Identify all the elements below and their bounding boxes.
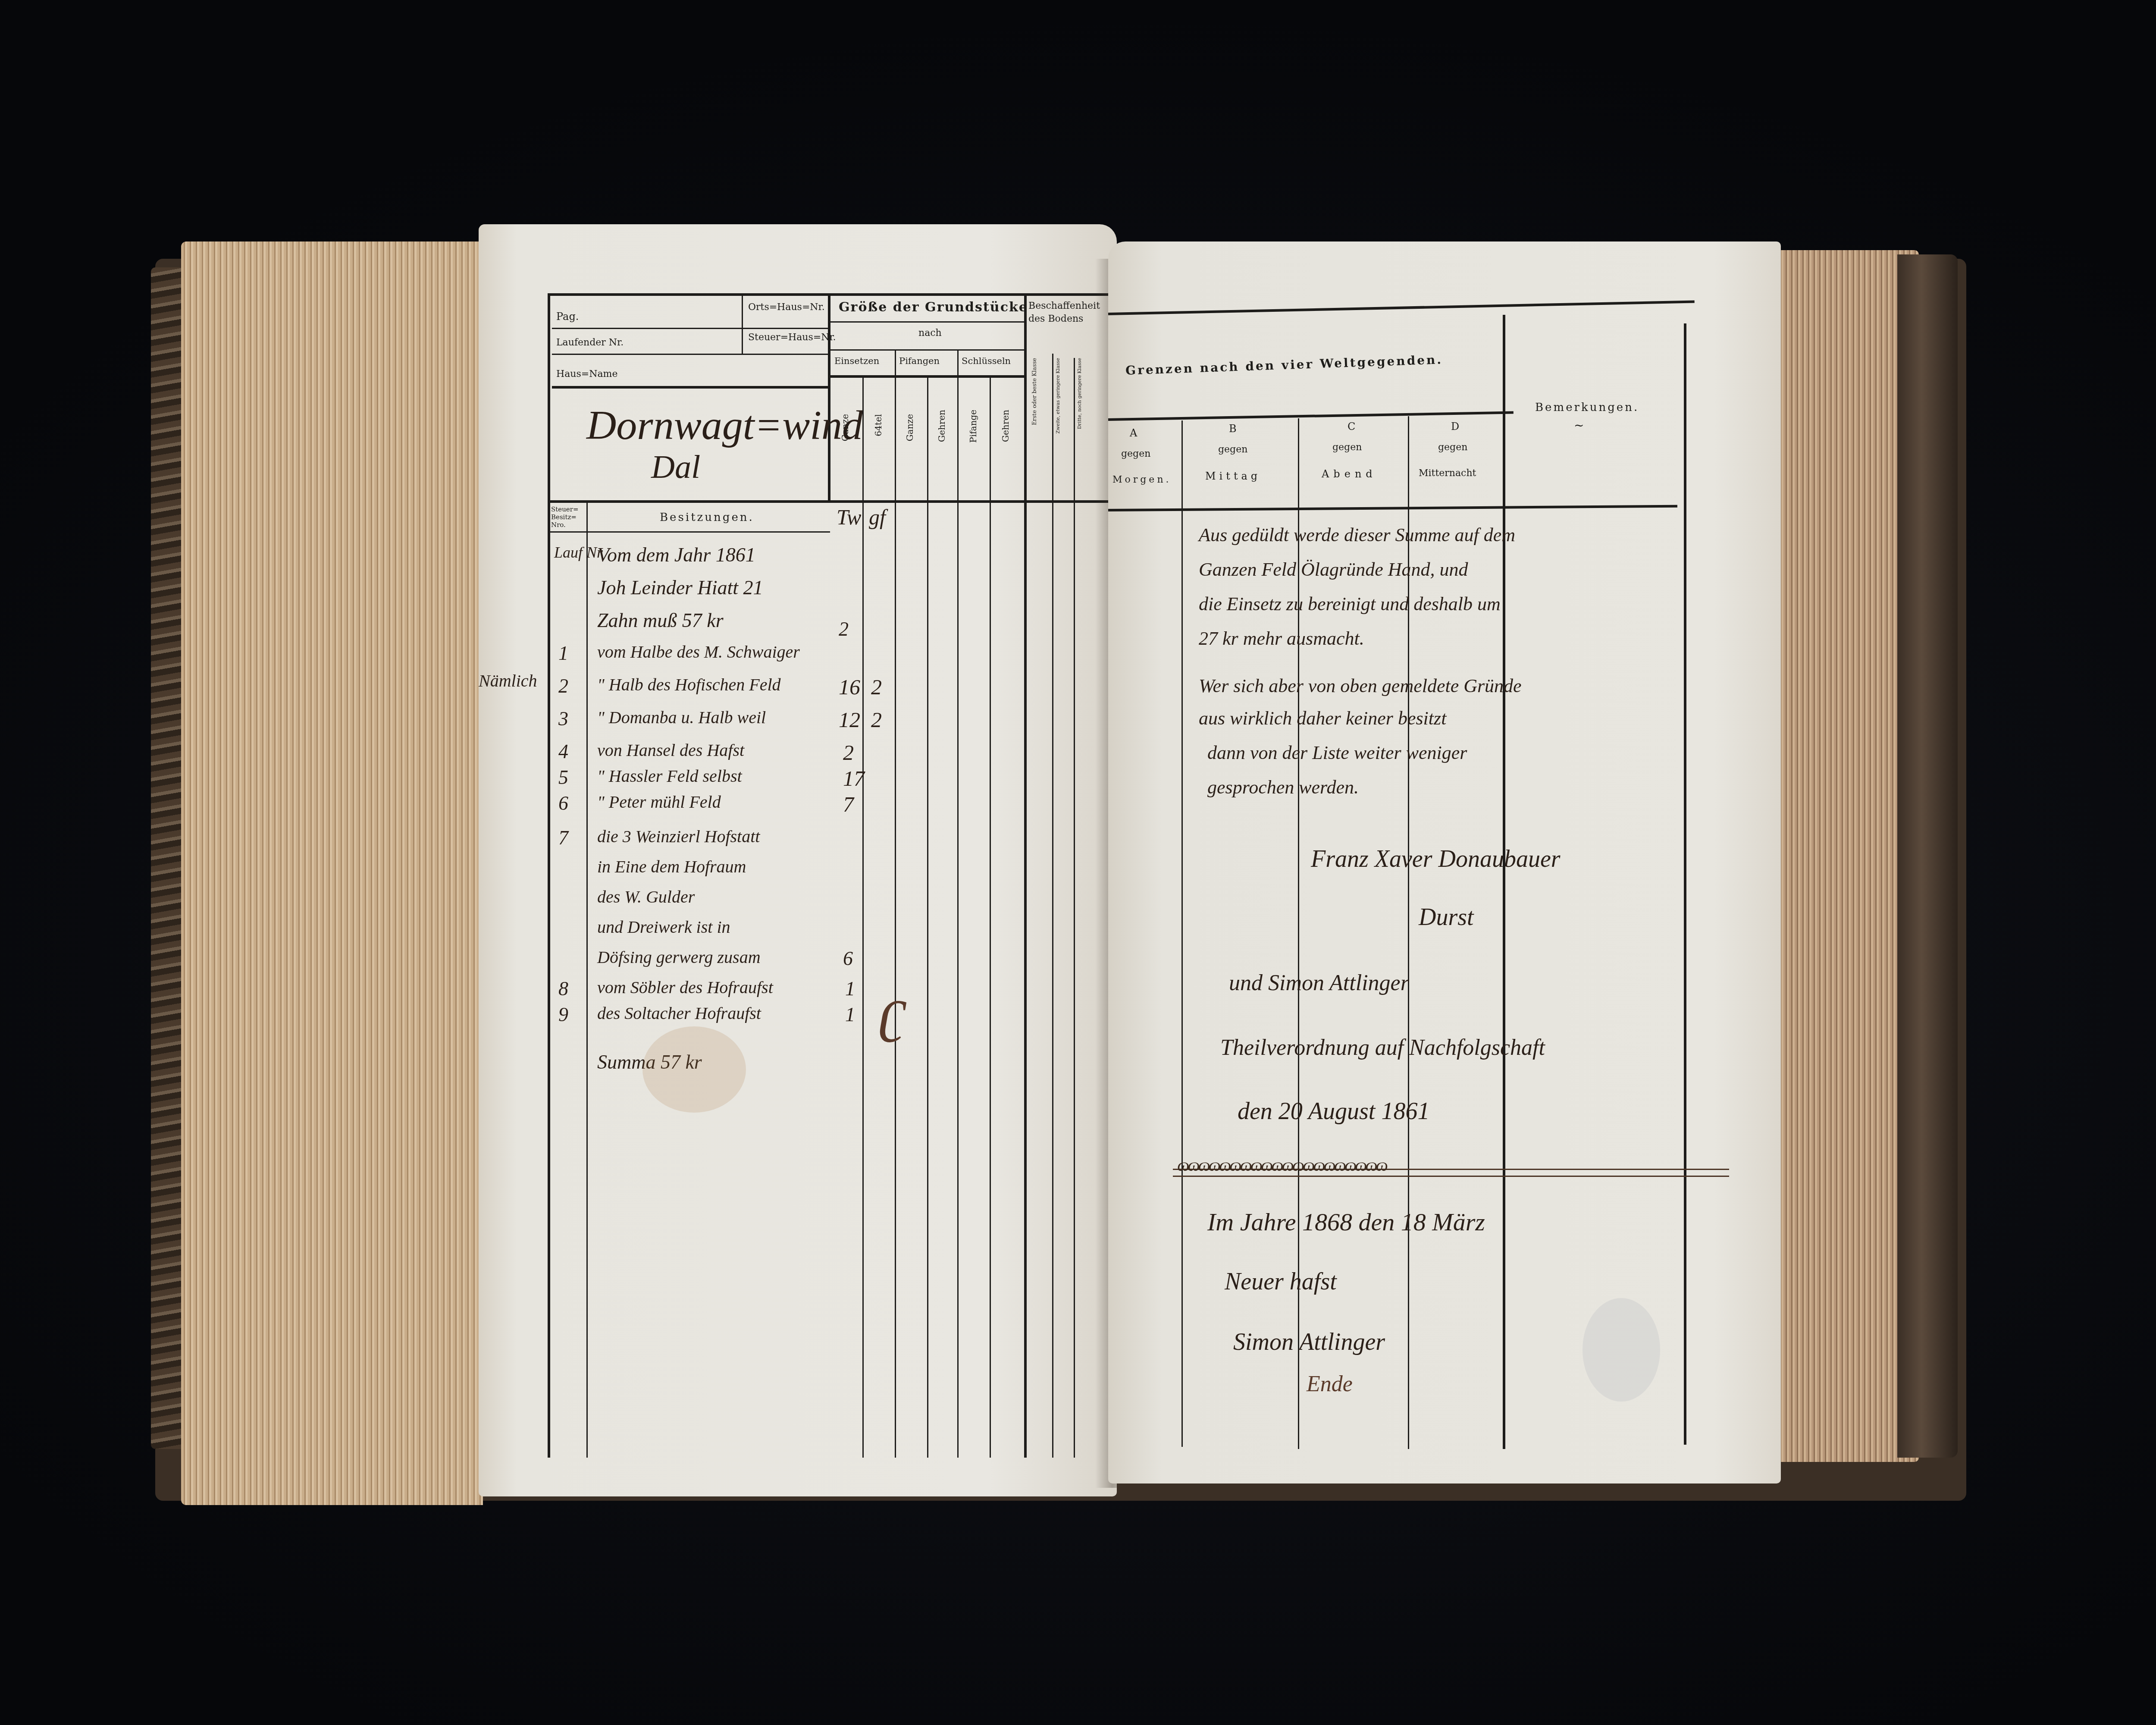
laufender-label: Laufender Nr.: [556, 337, 624, 348]
remark-line: die Einsetz zu bereinigt und deshalb um: [1199, 593, 1501, 615]
table-row: 4 von Hansel des Hafst 2: [550, 740, 1024, 766]
table-row: und Dreiwerk ist in: [550, 917, 1024, 947]
subcol-ganze-2: Ganze: [905, 414, 915, 441]
row-text: vom Söbler des Hofraufst: [597, 977, 773, 997]
steuer-haus-label: Steuer=Haus=Nr.: [748, 332, 836, 343]
remark-line: aus wirklich daher keiner besitzt: [1199, 707, 1446, 729]
table-row: 7 die 3 Weinzierl Hofstatt: [550, 826, 1024, 856]
table-row: 6 " Peter mühl Feld 7: [550, 792, 1024, 826]
direction-name: Mitternacht: [1419, 468, 1476, 479]
row-nr: 9: [558, 1003, 568, 1026]
klasse-2: Zweite, etwas geringere Klasse: [1055, 358, 1061, 433]
row-text: des W. Gulder: [597, 887, 695, 907]
beschaffenheit-title: Beschaffenheit des Bodens: [1028, 300, 1106, 326]
table-row: in Eine dem Hofraum: [550, 856, 1024, 887]
row-text: " Hassler Feld selbst: [597, 766, 742, 786]
separator-flourish: ɷɷɷɷɷɷɷɷɷɷɷɷɷɷɷɷɷɷɷɷ: [1177, 1155, 1386, 1175]
direction-name: Abend: [1322, 468, 1377, 480]
remark-line: Aus gedüldt werde dieser Summe auf dem: [1199, 524, 1515, 546]
row-nr: 7: [558, 826, 568, 849]
table-row: 1 vom Halbe des M. Schwaiger: [550, 642, 1024, 674]
rule: [552, 386, 828, 389]
besitzungen-list: Lauf Nr Vom dem Jahr 1861 Joh Leinder Hi…: [550, 543, 1024, 1081]
einsetzen-label: Einsetzen: [834, 356, 879, 366]
grenzen-title: Grenzen nach den vier Weltgegenden.: [1125, 352, 1443, 378]
direction-letter: D: [1451, 420, 1459, 433]
rule: [550, 531, 830, 533]
row-value-1: 2: [839, 618, 849, 640]
table-row: Lauf Nr Vom dem Jahr 1861: [550, 543, 1024, 576]
direction-letter: C: [1347, 420, 1355, 433]
direction-name: Mittag: [1205, 470, 1261, 482]
haus-name-label: Haus=Name: [556, 369, 617, 379]
ink-mark: ʗ: [880, 975, 906, 1044]
row-value-1: 1: [845, 977, 855, 1000]
direction-gegen: gegen: [1332, 442, 1362, 453]
rule: [1108, 301, 1695, 315]
table-row: Joh Leinder Hiatt 21: [550, 576, 1024, 609]
bemerkungen-title: Bemerkungen.: [1535, 401, 1639, 414]
cover-right-edge: [1897, 254, 1958, 1458]
row-nr: 6: [558, 792, 568, 815]
rule: [830, 321, 1024, 323]
rule: [1024, 293, 1027, 1458]
rule: [548, 500, 1134, 503]
row-text: " Domanba u. Halb weil: [597, 707, 766, 728]
subcol-pifange: Pifange: [968, 410, 978, 443]
margin-note: Nämlich: [479, 671, 537, 691]
row-text: von Hansel des Hafst: [597, 740, 744, 760]
remark-line: Im Jahre 1868 den 18 März: [1207, 1207, 1485, 1236]
remark-line: Wer sich aber von oben gemeldete Gründe: [1199, 675, 1522, 697]
table-row: 8 vom Söbler des Hofraufst 1: [550, 977, 1024, 1003]
klasse-1: Erste oder beste Klasse: [1031, 358, 1038, 425]
row-value-1: 7: [843, 792, 854, 817]
row-text: die 3 Weinzierl Hofstatt: [597, 826, 760, 847]
signature-name: Durst: [1419, 903, 1474, 931]
haus-name-value-2: Dal: [651, 448, 700, 486]
rule: [552, 354, 828, 355]
row-text: " Peter mühl Feld: [597, 792, 721, 812]
remark-line: 27 kr mehr ausmacht.: [1199, 627, 1364, 649]
subcol-gehren-2: Gehren: [1000, 410, 1011, 442]
direction-letter: A: [1130, 427, 1137, 439]
besitzungen-label: Besitzungen.: [660, 511, 754, 524]
table-row: Summa 57 kr: [550, 1051, 1024, 1081]
row-value-2: 2: [871, 674, 882, 699]
table-row: Zahn muß 57 kr 2: [550, 609, 1024, 642]
rule: [828, 293, 830, 500]
table-row: des W. Gulder: [550, 887, 1024, 917]
rule: [1684, 323, 1686, 1445]
pifangen-label: Pifangen: [899, 356, 940, 366]
page-edges-right: [1772, 250, 1919, 1462]
steuer-besitz-label: Steuer= Besitz= Nro.: [551, 505, 577, 529]
remark-line: Ende: [1307, 1371, 1353, 1397]
row-value-1: 6: [843, 947, 853, 970]
rule: [1052, 354, 1053, 1458]
row-text: Zahn muß 57 kr: [597, 609, 724, 632]
schluesseln-label: Schlüsseln: [962, 356, 1011, 366]
row-nr: 8: [558, 977, 568, 1000]
rule: [548, 293, 1134, 296]
row-value-1: 1: [845, 1003, 855, 1026]
row-text: des Soltacher Hofraufst: [597, 1003, 761, 1023]
row-nr: 2: [558, 674, 568, 697]
row-value-1: 17: [843, 766, 865, 791]
row-nr: 1: [558, 642, 568, 665]
row-text: Döfsing gerwerg zusam: [597, 947, 761, 967]
remark-line: Neuer hafst: [1225, 1268, 1337, 1295]
groesse-nach: nach: [918, 328, 942, 339]
direction-gegen: gegen: [1438, 442, 1467, 453]
orts-haus-label: Orts=Haus=Nr.: [748, 302, 825, 313]
signature-date: den 20 August 1861: [1238, 1098, 1429, 1125]
remark-line: Ganzen Feld Ölagründe Hand, und: [1199, 558, 1468, 580]
table-row: 2 " Halb des Hofischen Feld 16 2: [550, 674, 1024, 707]
rule: [552, 328, 828, 329]
direction-gegen: gegen: [1218, 444, 1247, 455]
rule: [742, 293, 743, 354]
direction-letter: B: [1229, 423, 1237, 435]
row-text: Vom dem Jahr 1861: [597, 543, 755, 566]
signature-line: Theilverordnung auf Nachfolgschaft: [1220, 1035, 1545, 1060]
row-text: " Halb des Hofischen Feld: [597, 674, 781, 695]
row-text: in Eine dem Hofraum: [597, 856, 746, 877]
direction-name: Morgen.: [1112, 474, 1172, 485]
subcol-ganze-1: Ganze: [840, 414, 850, 441]
row-nr: 4: [558, 740, 568, 763]
separator-rule: [1173, 1176, 1729, 1177]
unit-mark-tw: Tw: [837, 505, 861, 530]
rule: [1181, 420, 1183, 1447]
row-text: und Dreiwerk ist in: [597, 917, 730, 937]
row-value-2: 2: [871, 707, 882, 732]
rule: [1503, 416, 1505, 1449]
subcol-gehren-1: Gehren: [937, 410, 947, 442]
unit-mark-gf: gf: [869, 505, 886, 530]
rule: [1074, 358, 1075, 1458]
row-value-1: 12: [839, 707, 860, 732]
left-page: Pag. Orts=Haus=Nr. Laufender Nr. Steuer=…: [479, 224, 1117, 1496]
row-text: vom Halbe des M. Schwaiger: [597, 642, 800, 662]
row-nr: Lauf Nr: [554, 543, 603, 561]
table-row: 5 " Hassler Feld selbst 17: [550, 766, 1024, 792]
table-row: Döfsing gerwerg zusam 6: [550, 947, 1024, 977]
row-value-1: 16: [839, 674, 860, 699]
stain: [642, 1026, 746, 1113]
remark-line: gesprochen werden.: [1207, 776, 1359, 798]
row-nr: 5: [558, 766, 568, 789]
remark-line: Simon Attlinger: [1233, 1328, 1385, 1356]
row-nr: 3: [558, 707, 568, 730]
remark-line: dann von der Liste weiter weniger: [1207, 742, 1467, 764]
signature-name: Franz Xaver Donaubauer: [1311, 845, 1561, 873]
rule: [1503, 315, 1505, 418]
faded-mark: [1583, 1298, 1660, 1402]
row-value-1: 2: [843, 740, 854, 765]
table-row: 9 des Soltacher Hofraufst 1: [550, 1003, 1024, 1051]
table-row: 3 " Domanba u. Halb weil 12 2: [550, 707, 1024, 740]
haus-name-value: Dornwagt=wind: [586, 401, 863, 449]
subcol-64tel: 64tel: [873, 414, 884, 436]
rule: [1108, 411, 1514, 421]
direction-gegen: gegen: [1121, 448, 1150, 459]
right-page: Grenzen nach den vier Weltgegenden. A ge…: [1108, 241, 1781, 1483]
klasse-3: Dritte, noch geringere Klasse: [1077, 358, 1082, 429]
rule: [830, 349, 1024, 351]
page-edges-left: [181, 241, 483, 1505]
row-text: Joh Leinder Hiatt 21: [597, 576, 763, 599]
rule: [1108, 505, 1677, 511]
bemerkungen-ornament: ~: [1574, 418, 1584, 433]
signature-name: und Simon Attlinger: [1229, 970, 1409, 996]
groesse-title: Größe der Grundstücke: [839, 300, 1028, 315]
pag-label: Pag.: [556, 310, 579, 323]
